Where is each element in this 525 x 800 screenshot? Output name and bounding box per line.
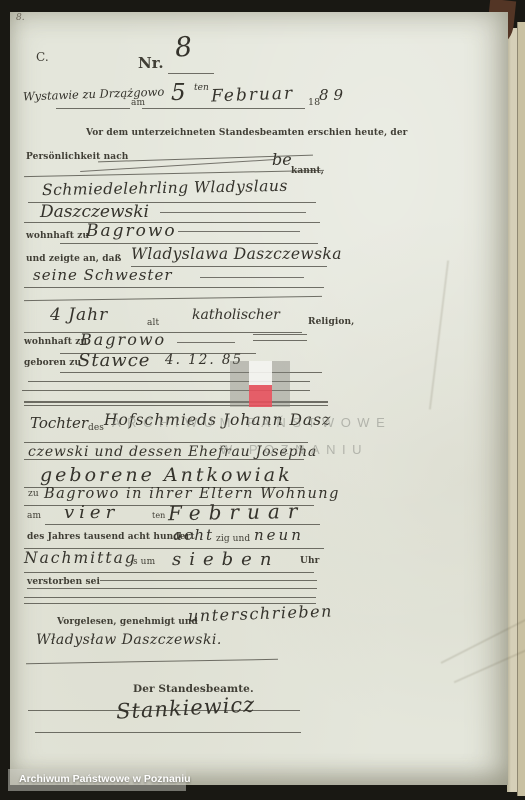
section-letter: C. (36, 50, 49, 64)
verstorben-label: verstorben sei (27, 577, 100, 587)
persoenlichkeit-label: Persönlichkeit nach (26, 152, 128, 162)
age-written: 4 Jahr (50, 305, 108, 325)
watermark-line2: W POZNANIU (220, 442, 368, 457)
ruled-line (24, 572, 314, 573)
ruled-line (26, 659, 278, 664)
relation-written: seine Schwester (33, 266, 173, 284)
bekannt-label: kannt, (291, 166, 324, 176)
vorgelesen-label: Vorgelesen, genehmigt und (57, 617, 198, 627)
archive-logo (230, 361, 290, 407)
alt-label: alt (147, 318, 159, 328)
ink-filler-stroke (178, 231, 300, 232)
page-edge-strip-outer (517, 22, 525, 796)
ink-filler-stroke (200, 277, 304, 278)
document-paper: 8. C. Nr. 8 Wystawie zu Drzążgowo am 5 t… (10, 12, 508, 785)
declarant-signature: Władysław Daszczewski. (36, 632, 222, 648)
watermark-bottom-text: Archiwum Państwowe w Poznaniu (19, 773, 191, 785)
ruled-line (253, 334, 307, 335)
watermark-line1: ARCHIWUM PAŃSTWOWE (112, 415, 391, 430)
birthplace-written: Stawce (78, 350, 150, 371)
ten-label: ten (152, 511, 165, 520)
religion-label: Religion, (308, 317, 354, 327)
zeigte-an-label: und zeigte an, daß (26, 254, 121, 264)
year-written: 89 (319, 86, 348, 104)
registrar-signature: Stankiewicz (115, 692, 255, 723)
death-month-written: Februar (168, 499, 306, 525)
declarant-occupation-name: Schmiedelehrling Wladyslaus (42, 177, 288, 199)
date-day-written: 5 (171, 80, 186, 106)
ruled-line (24, 287, 324, 288)
bekannt-written-prefix: be (272, 150, 292, 169)
page-edge-strip-inner (507, 28, 517, 792)
scanned-death-record-page: { "meta": { "archive_page_number": "8.",… (0, 0, 525, 800)
year-tens-written: acht (173, 526, 214, 544)
unterschrieben-written: unterschrieben (188, 601, 333, 625)
ruled-line (56, 108, 130, 109)
ruled-line (24, 296, 322, 301)
hour-written: sieben (172, 549, 279, 570)
parents-line3-written: geborene Antkowiak (40, 464, 293, 486)
ruled-line (27, 588, 317, 589)
ruled-line (142, 108, 305, 109)
ink-filler-stroke (160, 212, 306, 213)
ruled-line (168, 73, 214, 74)
am-label-2: am (27, 511, 41, 521)
religion-written: katholischer (192, 307, 280, 323)
nr-label: Nr. (138, 54, 164, 72)
ruled-line (35, 732, 301, 733)
zig-und-label: zig und (216, 534, 250, 544)
jahres-label: des Jahres tausend acht hundert (27, 532, 195, 542)
uhr-label: Uhr (300, 556, 319, 566)
deceased-residence: Bagrowo (80, 330, 166, 349)
bleed-through-mark (429, 260, 449, 409)
zu-label: zu (28, 489, 39, 499)
s-um-label: s um (133, 557, 155, 567)
death-day-written: vier (64, 502, 119, 523)
date-ordinal-written: ten (194, 83, 209, 93)
des-label: des (88, 423, 104, 433)
year-ones-written: neun (254, 526, 304, 544)
archive-logo-white-bar (249, 361, 272, 385)
declarant-surname: Daszczewski (40, 202, 149, 222)
ruled-line (100, 580, 317, 581)
archive-logo-red-bar (249, 385, 272, 407)
intro-line: Vor dem unterzeichneten Standesbeamten e… (86, 128, 408, 138)
declarant-residence: Bagrowo (86, 221, 177, 241)
deceased-name-written: Wladyslawa Daszczewska (131, 245, 342, 263)
parents-line1-written: Tochter (30, 414, 88, 432)
ruled-line (60, 243, 318, 244)
ink-filler-stroke (177, 342, 235, 343)
wohnhaft-label-2: wohnhaft zu (24, 337, 87, 347)
geboren-label: geboren zu (24, 358, 81, 368)
am-label: am (131, 98, 145, 108)
date-month-written: Februar (211, 84, 295, 107)
ruled-line (24, 597, 316, 598)
ruled-line (253, 340, 307, 341)
nr-value: 8 (174, 31, 194, 63)
daytime-written: Nachmittag (24, 549, 137, 567)
archive-page-number: 8. (16, 13, 25, 23)
wohnhaft-label-1: wohnhaft zu (26, 231, 89, 241)
